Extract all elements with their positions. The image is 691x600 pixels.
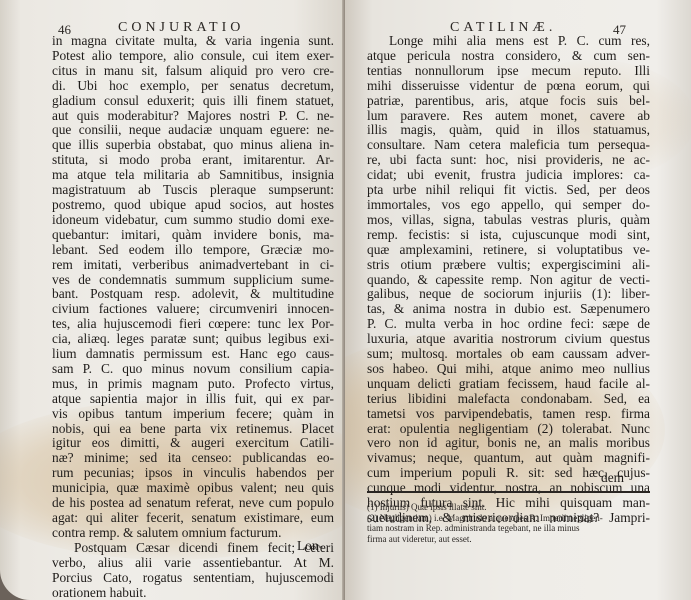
text-line: atque sapientia major in illis fuit, qui…: [52, 392, 334, 407]
text-line: re, ubi facta sunt: hoc, nisi provideris…: [367, 153, 650, 168]
footnote-rule: [367, 491, 650, 493]
text-line: terius libidini malefacta condonabam. Se…: [367, 392, 650, 407]
text-line: rem imitati, verberibus animadvertebant …: [52, 258, 334, 273]
text-line: quando, & capessite remp. Non agitur de …: [367, 273, 650, 288]
text-line: cia, aliæq. leges paratæ sunt; quibus le…: [52, 332, 334, 347]
text-line: næ? minime; sed ita censeo: publicandas …: [52, 451, 334, 466]
text-line: rum pecunias; ipsos in vinculis habendos…: [52, 466, 334, 481]
text-line: patriæ, parentibus, aris, atque focis su…: [367, 94, 650, 109]
text-line: lum paravere. Res autem monet, cavere ab: [367, 109, 650, 124]
footnote-line: (2) Negligentiam) i.e. Magnitudo atque o…: [367, 513, 650, 524]
text-line: tentias nonnullorum ipse mecum reputo. I…: [367, 64, 650, 79]
text-line: agat: qui aliter fecerit, senatum existi…: [52, 511, 334, 526]
text-line: verbo, alius alii varie assentiebantur. …: [52, 556, 334, 571]
text-line: illis magis, quàm, quid in illos statuam…: [367, 123, 650, 138]
text-line: vis opibus tantum imperium fecere; quàm …: [52, 407, 334, 422]
text-line: P. C. multa verba in hoc ordine feci: sæ…: [367, 317, 650, 332]
text-line: contra remp. & salutem omnium facturum.: [52, 526, 334, 541]
text-line: nobis, qui ea bene parta vix retinemus. …: [52, 422, 334, 437]
text-line: citus in manu sit, falsum aliquid pro ve…: [52, 64, 334, 79]
text-line: igitur eos dimitti, & augeri exercitum C…: [52, 436, 334, 451]
text-line: cidat; ubi evenit, frustra judicia implo…: [367, 168, 650, 183]
text-line: quæ amplexamini, retinere, si voluptatib…: [367, 243, 650, 258]
text-line: vivamus; neque, quantum, aut quàm magnif…: [367, 451, 650, 466]
text-line: bant. Postquam resp. adolevit, & multitu…: [52, 287, 334, 302]
text-line: mos, villas, signa, tabulas vestras plur…: [367, 213, 650, 228]
text-line: lebant. Sed eodem illo tempore, Græciæ m…: [52, 243, 334, 258]
text-line: tes, alia hujuscemodi fieri cœpere: tunc…: [52, 317, 334, 332]
catchword: Lon-: [297, 538, 323, 554]
text-line: sos habeo. Qui mihi, atque animo meo nul…: [367, 362, 650, 377]
text-line: civium factiones valuere; circumveniri i…: [52, 302, 334, 317]
text-line: aut quis moderabitur? Majores nostri P. …: [52, 109, 334, 124]
text-line: erat: opulentia negligentiam (2) tolerab…: [367, 422, 650, 437]
text-line: idoneum videbatur, cum summo studio domi…: [52, 213, 334, 228]
text-line: lium damnatis permissum est. Hanc ego ca…: [52, 347, 334, 362]
text-line: gladium consul eduxerit; quis illi finem…: [52, 94, 334, 109]
text-line: tas, & anima nostra in dubio est. Sæpenu…: [367, 302, 650, 317]
text-line: stituta, si modo proba erant, imitarentu…: [52, 153, 334, 168]
text-line: galibus, neque de sociorum injuriis (1):…: [367, 287, 650, 302]
text-line: mus, in primis magnam puto. Profecto vir…: [52, 377, 334, 392]
text-line: Potest alio tempore, alio consule, cui i…: [52, 49, 334, 64]
text-line: tametsi vos parvipendebatis, tamen resp.…: [367, 407, 650, 422]
text-line: consultare. Nam cetera maleficia tum per…: [367, 138, 650, 153]
text-line: municipia, quæ maximè opibus valent; neu…: [52, 481, 334, 496]
text-line: remp. fecistis: si ista, cujuscunque mod…: [367, 228, 650, 243]
text-line: postremo, quod ubique apud socios, aut h…: [52, 198, 334, 213]
page-text: Longe mihi alia mens est P. C. cum res,a…: [367, 34, 650, 526]
text-line: vero non id agitur, bonis ne, an malis m…: [367, 436, 650, 451]
text-line: atque pericula nostra considero, & cum s…: [367, 49, 650, 64]
footnote-line: (1) Injuriis) Quæ ipsis illatæ sint.: [367, 502, 650, 513]
text-line: sam P. C. quo minus novum consilium capi…: [52, 362, 334, 377]
text-line: que illis superbia obstabat, quo minus a…: [52, 138, 334, 153]
footnotes: (1) Injuriis) Quæ ipsis illatæ sint.(2) …: [367, 502, 650, 544]
text-line: ma atque tela militaria ab Samnitibus, i…: [52, 168, 334, 183]
text-line: Porcius Cato, rogatus sententiam, hujusc…: [52, 571, 334, 586]
book-spread: 46 CONJURATIO in magna civitate multa, &…: [0, 0, 691, 600]
catchword: dem: [601, 470, 624, 486]
text-line: quebantur: imitari, quàm invidere bonis,…: [52, 228, 334, 243]
text-line: que consilii, neque audaciæ unquam eguer…: [52, 123, 334, 138]
text-line: unquam delicti gratiam fecissem, haud fa…: [367, 377, 650, 392]
text-line: magistratuum ab Tuscis pleraque sumpseru…: [52, 183, 334, 198]
text-line: de his postea ad senatum referat, neve c…: [52, 496, 334, 511]
left-page: 46 CONJURATIO in magna civitate multa, &…: [0, 0, 345, 600]
text-line: sum; multosq. mortales ob eam caussam ad…: [367, 347, 650, 362]
text-line: Postquam Cæsar dicendi finem fecit; cete…: [52, 541, 334, 556]
text-line: orationem habuit.: [52, 586, 334, 600]
page-text: in magna civitate multa, & varia ingenia…: [52, 34, 334, 600]
text-line: luxuria, atque avaritia nostrorum civium…: [367, 332, 650, 347]
text-line: pta urbe nihil reliqui fit victis. Sed, …: [367, 183, 650, 198]
right-page: CATILINÆ. 47 Longe mihi alia mens est P.…: [345, 0, 691, 600]
footnote-line: firma aut videretur, aut esset.: [367, 534, 650, 545]
text-line: stris otium præbere vultis; expergiscimi…: [367, 258, 650, 273]
text-line: di. Ubi hoc exemplo, per senatus decretu…: [52, 79, 334, 94]
text-line: mihi disseruisse videntur de pœna eorum,…: [367, 79, 650, 94]
text-line: in magna civitate multa, & varia ingenia…: [52, 34, 334, 49]
text-line: immortales, vos ego appello, qui semper …: [367, 198, 650, 213]
footnote-line: tiam nostram in Rep. administranda tegeb…: [367, 523, 650, 534]
text-line: Longe mihi alia mens est P. C. cum res,: [367, 34, 650, 49]
text-line: ves de condemnatis summum supplicium sum…: [52, 273, 334, 288]
